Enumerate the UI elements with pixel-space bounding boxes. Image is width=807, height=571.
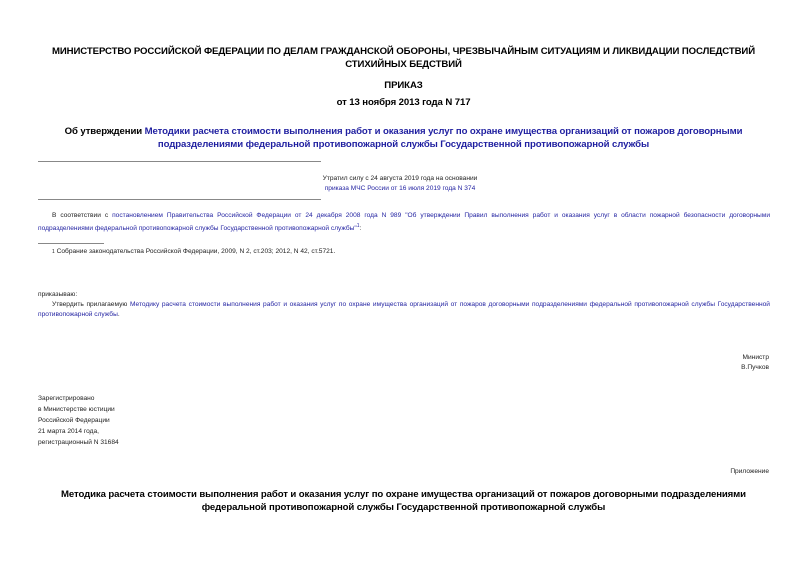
document-date-number: от 13 ноября 2013 года N 717 bbox=[0, 96, 807, 109]
divider-bottom bbox=[38, 199, 321, 200]
signature-name: В.Пучков bbox=[741, 363, 769, 373]
footnote-marker: 1 bbox=[52, 249, 55, 255]
preamble-link[interactable]: постановлением Правительства Российской … bbox=[38, 212, 770, 232]
status-note-text: Утратил силу с 24 августа 2019 года на о… bbox=[280, 174, 520, 184]
order-lead: приказываю: bbox=[38, 290, 77, 300]
registration-line: 21 марта 2014 года, bbox=[38, 426, 119, 437]
registration-line: Российской Федерации bbox=[38, 415, 119, 426]
signature: Министр В.Пучков bbox=[741, 353, 769, 373]
order-item-prefix: Утвердить прилагаемую bbox=[52, 301, 130, 308]
footnote-text: Собрание законодательства Российской Фед… bbox=[57, 248, 336, 255]
document-title: Об утверждении Методики расчета стоимост… bbox=[40, 125, 767, 151]
order-item-link[interactable]: Методику расчета стоимости выполнения ра… bbox=[38, 301, 770, 318]
title-prefix: Об утверждении bbox=[65, 126, 145, 137]
preamble-suffix: : bbox=[360, 225, 362, 232]
title-link[interactable]: Методики расчета стоимости выполнения ра… bbox=[145, 126, 743, 150]
registration-block: Зарегистрировано в Министерстве юстиции … bbox=[38, 393, 119, 448]
status-note: Утратил силу с 24 августа 2019 года на о… bbox=[280, 174, 520, 194]
document-type: ПРИКАЗ bbox=[0, 79, 807, 92]
appendix-title: Методика расчета стоимости выполнения ра… bbox=[40, 488, 767, 514]
registration-line: регистрационный N 31684 bbox=[38, 437, 119, 448]
ministry-heading: МИНИСТЕРСТВО РОССИЙСКОЙ ФЕДЕРАЦИИ ПО ДЕЛ… bbox=[40, 45, 767, 71]
signature-position: Министр bbox=[741, 353, 769, 363]
divider-top bbox=[38, 161, 321, 162]
appendix-label: Приложение bbox=[730, 467, 769, 477]
status-note-link[interactable]: приказа МЧС России от 16 июля 2019 года … bbox=[325, 185, 476, 192]
preamble: В соответствии с постановлением Правител… bbox=[38, 211, 770, 234]
order-item: Утвердить прилагаемую Методику расчета с… bbox=[38, 300, 770, 320]
order-item-suffix: . bbox=[118, 311, 120, 318]
preamble-prefix: В соответствии с bbox=[52, 212, 112, 219]
footnote-divider bbox=[38, 243, 104, 244]
registration-line: в Министерстве юстиции bbox=[38, 404, 119, 415]
registration-line: Зарегистрировано bbox=[38, 393, 119, 404]
footnote: 1 Собрание законодательства Российской Ф… bbox=[52, 247, 652, 257]
